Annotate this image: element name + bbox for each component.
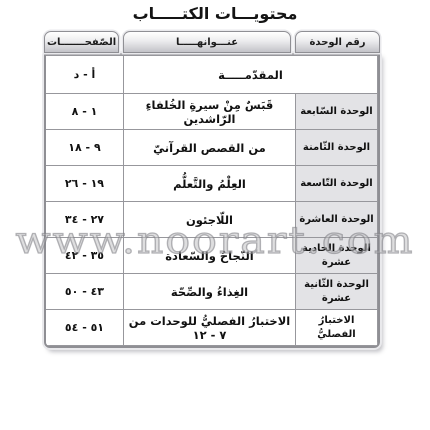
pages-cell: ١٩ - ٢٦ [45,166,123,202]
title-cell: اللّاجئون [123,202,295,238]
header-unit-number: رقم الوحدة [295,31,380,53]
unit-cell: الاختبارُ الفصليُّ [296,310,378,346]
title-cell: الغِذاءُ والصِّحّة [123,274,295,310]
unit-cell: الوحدة التّاسعة [296,166,378,202]
table-row: المقدّمـــــةأ - د [45,56,377,94]
table-row: الوحدة الثّامنةمن القصص القرآنيّ٩ - ١٨ [45,130,377,166]
contents-table-body: المقدّمـــــةأ - دالوحدة السّابعةقَبَسٌ … [45,56,377,346]
table-row: الوحدة الثّانية عشرةالغِذاءُ والصِّحّة٤٣… [45,274,377,310]
table-of-contents: رقم الوحدة عنـــوانهـــــا الصّفحـــــــ… [44,31,380,348]
unit-cell: الوحدة الثّامنة [296,130,378,166]
page-title: محتويـــات الكتـــــاب [0,4,430,23]
table-row: الوحدة العاشرةاللّاجئون٢٧ - ٣٤ [45,202,377,238]
pages-cell: ٢٧ - ٣٤ [45,202,123,238]
pages-cell: ١ - ٨ [45,94,123,130]
title-cell: المقدّمـــــة [123,56,377,94]
pages-cell: ٩ - ١٨ [45,130,123,166]
title-cell: قَبَسٌ مِنْ سيرةِ الخُلفاءِ الرّاشدين [123,94,295,130]
header-unit-title: عنـــوانهـــــا [123,31,291,53]
unit-cell: الوحدة السّابعة [296,94,378,130]
unit-cell: الوحدة الثّانية عشرة [296,274,378,310]
title-cell: العِلْمُ والتَّعلُّم [123,166,295,202]
pages-cell: ٣٥ - ٤٢ [45,238,123,274]
table-header-row: رقم الوحدة عنـــوانهـــــا الصّفحـــــــ… [44,31,380,53]
unit-cell: الوحدة العاشرة [296,202,378,238]
unit-cell: الوحدة الحادية عشرة [296,238,378,274]
title-cell: من القصص القرآنيّ [123,130,295,166]
table-body-frame: المقدّمـــــةأ - دالوحدة السّابعةقَبَسٌ … [44,53,380,348]
table-row: الوحدة الحادية عشرةالنّجاحُ والسّعادة٣٥ … [45,238,377,274]
pages-cell: ٤٣ - ٥٠ [45,274,123,310]
header-pages: الصّفحـــــــات [44,31,119,53]
pages-cell: ٥١ - ٥٤ [45,310,123,346]
contents-table: المقدّمـــــةأ - دالوحدة السّابعةقَبَسٌ … [45,55,378,346]
table-row: الوحدة السّابعةقَبَسٌ مِنْ سيرةِ الخُلفا… [45,94,377,130]
page: محتويـــات الكتـــــاب رقم الوحدة عنـــو… [0,0,430,430]
table-row: الاختبارُ الفصليُّالاختبارُ الفصليُّ للو… [45,310,377,346]
pages-cell: أ - د [45,56,123,94]
title-cell: النّجاحُ والسّعادة [123,238,295,274]
title-cell: الاختبارُ الفصليُّ للوحدات من ٧ - ١٢ [123,310,295,346]
table-row: الوحدة التّاسعةالعِلْمُ والتَّعلُّم١٩ - … [45,166,377,202]
